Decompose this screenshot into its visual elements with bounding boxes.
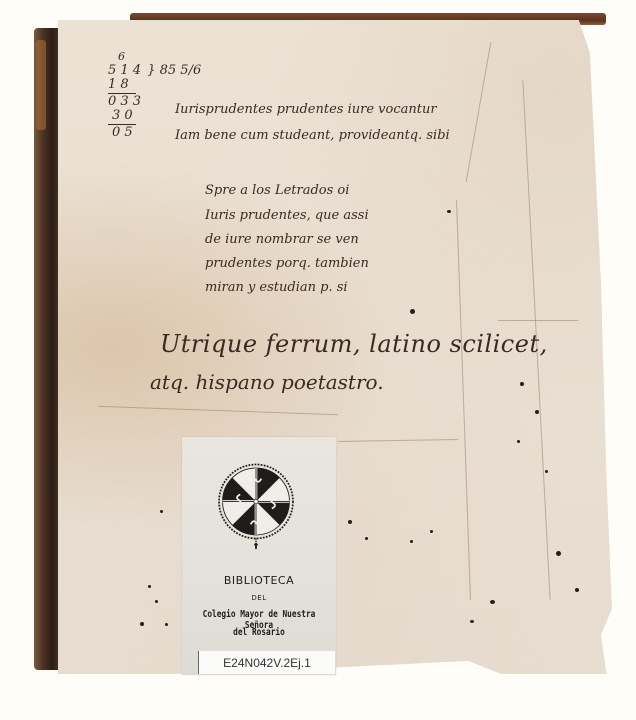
spanish-line-5: miran y estudian p. si (205, 280, 348, 295)
library-bookplate: BIBLIOTECA DEL Colegio Mayor de Nuestra … (182, 437, 336, 675)
spanish-line-2: Iuris prudentes, que assi (205, 208, 369, 223)
spanish-line-3: de iure nombrar se ven (205, 232, 359, 247)
calc-superscript: 6 (108, 50, 201, 64)
bookplate-del: DEL (182, 594, 336, 602)
signature-line-1: Utrique ferrum, latino scilicet, (160, 330, 548, 358)
dominican-cross-rosary-icon (212, 461, 300, 549)
latin-line-1: Iurisprudentes prudentes iure vocantur (175, 102, 437, 117)
calc-line: 1 8 (108, 78, 201, 92)
book-spine (34, 28, 60, 670)
bookplate-title: BIBLIOTECA (182, 574, 336, 587)
call-number-label: E24N042V.2Ej.1 (198, 651, 335, 674)
spanish-line-4: prudentes porq. tambien (205, 256, 369, 271)
spanish-line-1: Spre a los Letrados oi (205, 183, 349, 198)
signature-line-2: atq. hispano poetastro. (150, 370, 384, 394)
calc-line: 5 1 4 } 85 5/6 (108, 64, 201, 78)
bookplate-institution-2: del Rosario (199, 627, 319, 638)
latin-line-2: Iam bene cum studeant, provideantq. sibi (175, 128, 450, 143)
margin-calculation: 6 5 1 4 } 85 5/6 1 8 0 3 3 3 0 0 5 (108, 50, 201, 140)
